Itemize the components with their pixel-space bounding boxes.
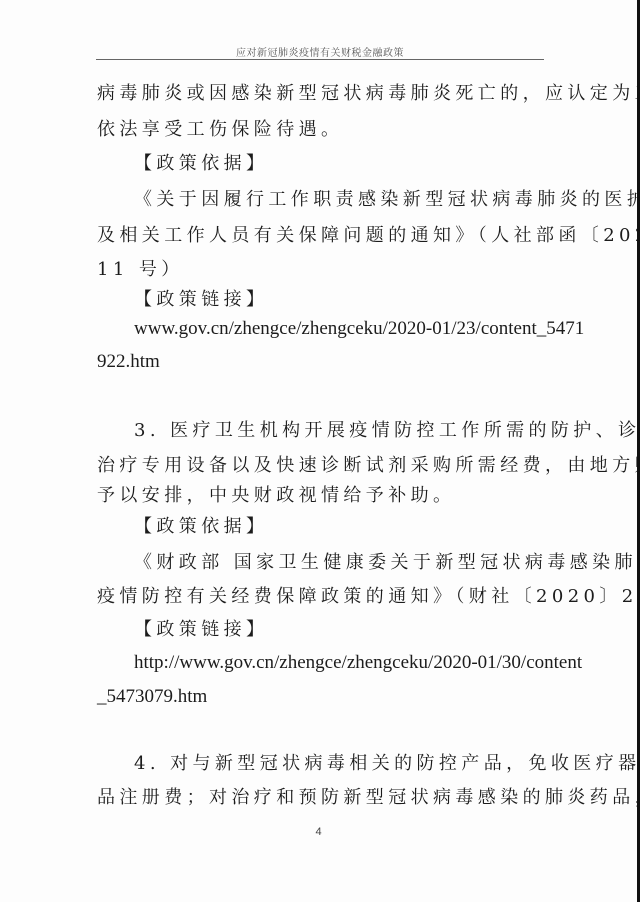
numbered-item: 3. 医疗卫生机构开展疫情防控工作所需的防护、诊断和 — [134, 420, 640, 442]
policy-link-url[interactable]: 922.htm — [97, 351, 160, 373]
document-page: 应对新冠肺炎疫情有关财税金融政策 病毒肺炎或因感染新型冠状病毒肺炎死亡的，应认定… — [0, 0, 637, 902]
body-line: 病毒肺炎或因感染新型冠状病毒肺炎死亡的，应认定为工伤， — [97, 83, 640, 105]
policy-citation: 《关于因履行工作职责感染新型冠状病毒肺炎的医护 — [134, 189, 640, 211]
policy-link-url[interactable]: http://www.gov.cn/zhengce/zhengceku/2020… — [134, 652, 582, 674]
numbered-item: 4. 对与新型冠状病毒相关的防控产品，免收医疗器械产 — [134, 753, 640, 775]
policy-citation: 《财政部 国家卫生健康委关于新型冠状病毒感染肺炎 — [134, 552, 640, 574]
body-line: 治疗专用设备以及快速诊断试剂采购所需经费，由地方财政 — [97, 455, 640, 477]
section-label-policy-basis: 【政策依据】 — [134, 516, 268, 538]
body-line: 依法享受工伤保险待遇。 — [97, 119, 343, 141]
body-line: 品注册费；对治疗和预防新型冠状病毒感染的肺炎药品，免 — [97, 787, 640, 809]
policy-citation: 及相关工作人员有关保障问题的通知》（人社部函〔2020〕 — [97, 225, 640, 247]
section-label-policy-link: 【政策链接】 — [134, 619, 268, 641]
running-header: 应对新冠肺炎疫情有关财税金融政策 — [96, 44, 544, 59]
policy-link-url[interactable]: www.gov.cn/zhengce/zhengceku/2020-01/23/… — [134, 318, 584, 340]
section-label-policy-link: 【政策链接】 — [134, 289, 268, 311]
section-label-policy-basis: 【政策依据】 — [134, 153, 268, 175]
page-number: 4 — [0, 826, 637, 838]
policy-link-url[interactable]: _5473079.htm — [97, 686, 207, 708]
header-rule — [96, 59, 544, 60]
body-line: 予以安排，中央财政视情给予补助。 — [97, 485, 455, 507]
policy-citation: 疫情防控有关经费保障政策的通知》（财社〔2020〕2 号） — [97, 586, 640, 608]
policy-citation: 11 号） — [97, 259, 184, 281]
